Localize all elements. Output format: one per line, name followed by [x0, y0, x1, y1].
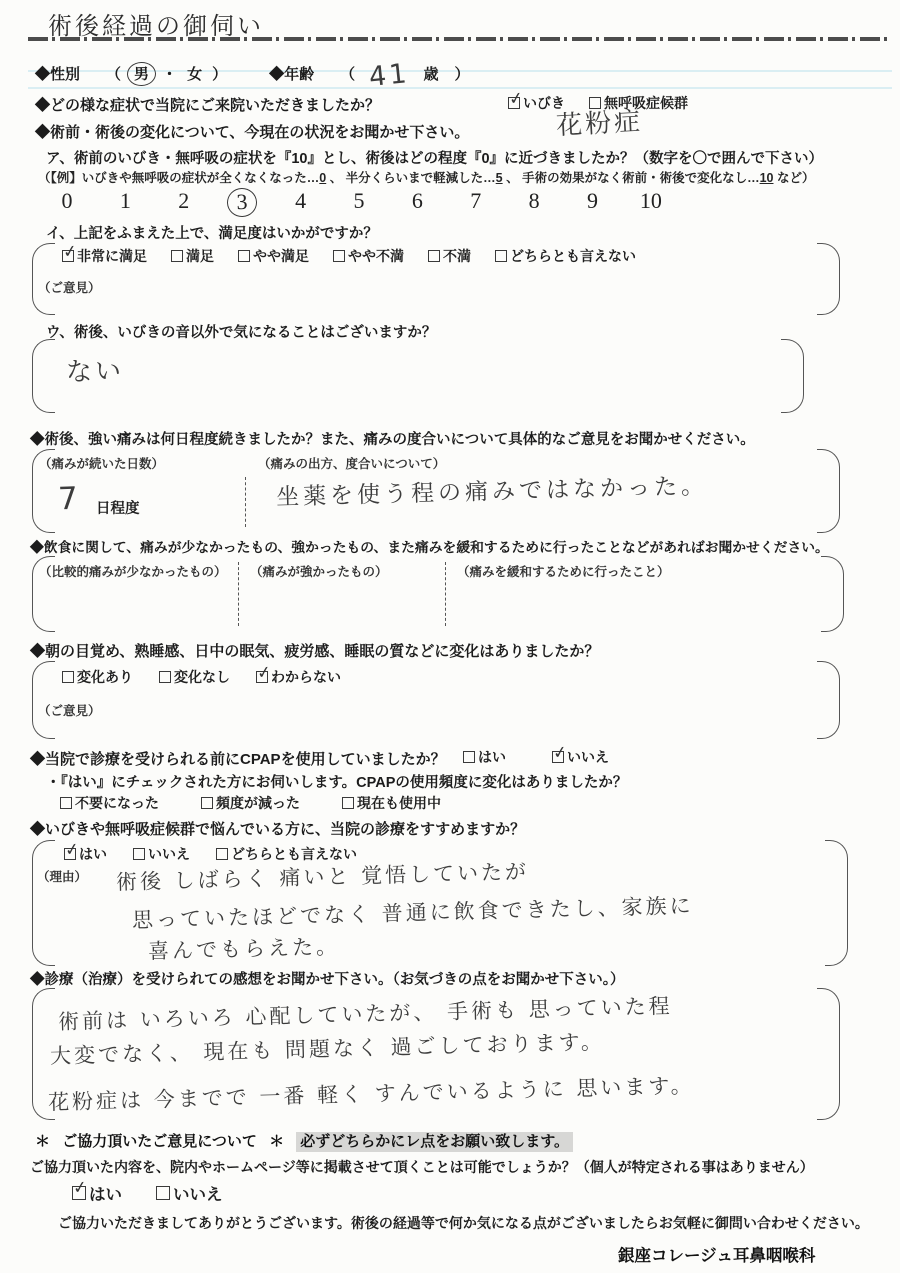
- eating-col-label: （比較的痛みが少なかったもの）: [39, 562, 227, 580]
- eating-question: ◆飲食に関して、痛みが少なかったもの、強かったもの、また痛みを緩和するために行っ…: [30, 536, 829, 556]
- checkbox-icon[interactable]: [171, 250, 183, 262]
- other-concerns-handwriting[interactable]: ない: [66, 350, 125, 389]
- cpap-followup-option[interactable]: 不要になった: [60, 793, 159, 813]
- scale-number[interactable]: 8: [519, 188, 549, 217]
- option-label: わからない: [271, 667, 341, 687]
- dashed-column-divider: [445, 562, 446, 626]
- sleep-question: ◆朝の目覚め、熟睡感、日中の眠気、疲労感、睡眠の質などに変化はありましたか？: [30, 640, 599, 661]
- sleep-option[interactable]: 変化あり: [62, 667, 133, 687]
- checkbox-icon[interactable]: [64, 848, 76, 860]
- checkbox-icon[interactable]: [495, 250, 507, 262]
- pain-days-handwriting[interactable]: 7: [57, 481, 81, 518]
- age-unit: 歳: [423, 63, 438, 84]
- other-concerns-box: ない: [32, 339, 804, 413]
- cpap-option-no[interactable]: いいえ: [552, 747, 609, 767]
- gender-male-option[interactable]: 男: [127, 61, 157, 86]
- scale-number[interactable]: 6: [402, 188, 432, 217]
- cpap-followup-option[interactable]: 現在も使用中: [342, 793, 441, 813]
- scale-number[interactable]: 9: [578, 188, 608, 217]
- pain-days-label: （痛みが続いた日数）: [39, 454, 164, 472]
- paren: ）: [212, 63, 227, 84]
- paren: ）: [455, 63, 470, 84]
- checkbox-icon[interactable]: [133, 848, 145, 860]
- option-label: 非常に満足: [77, 246, 147, 266]
- option-label: 変化なし: [174, 667, 230, 687]
- checkbox-icon[interactable]: [159, 671, 171, 683]
- checkbox-icon[interactable]: [60, 797, 72, 809]
- symptom-question: ◆どの様な症状で当院にご来院いただきましたか？: [35, 94, 380, 115]
- example-text: 、 手術の効果がなく術前・術後で変化なし…: [503, 171, 760, 185]
- example-text: 、 半分くらいまで軽減した…: [326, 171, 495, 185]
- consent-options: はい いいえ: [72, 1181, 223, 1205]
- impression-handwriting-line[interactable]: 花粉症は 今までで 一番 軽く すんでいるように 思います。: [48, 1070, 695, 1117]
- example-text: など）: [773, 171, 814, 185]
- recommend-option[interactable]: はい: [64, 844, 107, 864]
- scale-number[interactable]: 3: [227, 187, 258, 217]
- checkbox-icon[interactable]: [342, 797, 354, 809]
- scale-number[interactable]: 10: [636, 188, 666, 217]
- sleep-option[interactable]: 変化なし: [159, 667, 230, 687]
- satisfaction-box: 非常に満足 満足 やや満足 やや不満 不満 どちらとも言えない （ご意見）: [32, 243, 840, 315]
- checkbox-icon[interactable]: [256, 671, 268, 683]
- cpap-options: はい いいえ: [463, 747, 609, 767]
- checkbox-icon[interactable]: [238, 250, 250, 262]
- checkbox-icon[interactable]: [508, 97, 520, 109]
- comment-label: （ご意見）: [38, 701, 101, 719]
- sleep-option[interactable]: わからない: [256, 667, 341, 687]
- questionnaire-page: 術後経過の御伺い ◆性別 （ 男 ・ 女 ） ◆年齢 （ 41 歳 ） ◆どの様…: [0, 0, 900, 1273]
- consent-option-no[interactable]: いいえ: [156, 1181, 223, 1205]
- option-label: どちらとも言えない: [510, 246, 636, 266]
- consent-heading: ＊ ご協力頂いたご意見について ＊ 必ずどちらかにレ点をお願い致します。: [35, 1130, 573, 1151]
- pain-days-unit: 日程度: [96, 497, 140, 518]
- paren: （: [340, 63, 355, 84]
- option-label: いいえ: [173, 1181, 223, 1205]
- consent-option-yes[interactable]: はい: [72, 1181, 122, 1205]
- option-label: いいえ: [567, 747, 609, 767]
- recommend-box: はい いいえ どちらとも言えない （理由） 術後 しばらく 痛いと 覚悟していた…: [32, 840, 848, 966]
- thanks-text: ご協力いただきましてありがとうございます。術後の経過等で何か気になる点がございま…: [58, 1213, 869, 1233]
- satisfaction-option[interactable]: 不満: [428, 246, 471, 266]
- option-label: 現在も使用中: [357, 793, 441, 813]
- scale-number[interactable]: 2: [169, 188, 199, 217]
- pain-detail-label: （痛みの出方、度合いについて）: [258, 454, 445, 472]
- reason-handwriting-line[interactable]: 思っていたほどでなく 普通に飲食できたし、家族に: [132, 890, 694, 935]
- option-label: 満足: [186, 246, 214, 266]
- option-label: 変化あり: [77, 667, 133, 687]
- recommend-question: ◆いびきや無呼吸症候群で悩んでいる方に、当院の診療をすすめますか？: [30, 818, 525, 839]
- reason-label: （理由）: [37, 867, 87, 885]
- checkbox-icon[interactable]: [62, 250, 74, 262]
- paren: （: [106, 63, 121, 84]
- dashed-divider: [28, 37, 890, 41]
- option-label: やや満足: [253, 246, 309, 266]
- dot: ・: [162, 63, 177, 84]
- satisfaction-option[interactable]: 満足: [171, 246, 214, 266]
- cpap-question: ◆当院で診療を受けられる前にCPAPを使用していましたか？: [30, 748, 446, 769]
- gender-female-option[interactable]: 女: [187, 63, 202, 84]
- consent-heading-text: ご協力頂いたご意見について: [62, 1133, 257, 1150]
- satisfaction-option[interactable]: やや満足: [238, 246, 309, 266]
- option-label: いいえ: [148, 844, 190, 864]
- eating-col-label: （痛みを緩和するために行ったこと）: [457, 562, 670, 580]
- checkbox-icon[interactable]: [333, 250, 345, 262]
- checkbox-icon[interactable]: [216, 848, 228, 860]
- option-label: 頻度が減った: [216, 793, 300, 813]
- consent-heading-highlight: 必ずどちらかにレ点をお願い致します。: [296, 1132, 573, 1152]
- pain-box: （痛みが続いた日数） （痛みの出方、度合いについて） 7 日程度 坐薬を使う程の…: [32, 449, 840, 533]
- option-label: 不満: [443, 246, 471, 266]
- star: ＊: [269, 1133, 284, 1150]
- satisfaction-option[interactable]: どちらとも言えない: [495, 246, 636, 266]
- consent-question: ご協力頂いた内容を、院内やホームページ等に掲載させて頂くことは可能でしょうか？（…: [30, 1157, 814, 1177]
- pain-detail-handwriting[interactable]: 坐薬を使う程の痛みではなかった。: [276, 467, 709, 511]
- cpap-option-yes[interactable]: はい: [463, 747, 506, 767]
- scale-number[interactable]: 7: [461, 188, 491, 217]
- profile-row: ◆性別 （ 男 ・ 女 ） ◆年齢 （ 41 歳 ）: [35, 58, 470, 89]
- eating-box: （比較的痛みが少なかったもの） （痛みが強かったもの） （痛みを緩和するために行…: [32, 556, 844, 632]
- satisfaction-question: イ、上記をふまえた上で、満足度はいかがですか？: [46, 222, 378, 243]
- option-label: はい: [79, 844, 107, 864]
- star: ＊: [35, 1133, 50, 1150]
- scale-number-row: 0 1 2 3 4 5 6 7 8 9 10: [52, 188, 666, 217]
- eating-col-label: （痛みが強かったもの）: [250, 562, 388, 580]
- cpap-followup-question: ・『はい』にチェックされた方にお伺いします。CPAPの使用頻度に変化はありました…: [46, 771, 627, 792]
- reason-handwriting-line[interactable]: 喜んでもらえた。: [148, 930, 341, 965]
- page-title: 術後経過の御伺い: [48, 6, 264, 41]
- impression-question: ◆診療（治療）を受けられての感想をお聞かせ下さい。（お気づきの点をお聞かせ下さい…: [30, 968, 625, 989]
- option-label: やや不満: [348, 246, 404, 266]
- example-num: 10: [760, 171, 774, 185]
- example-text: （【例】いびきや無呼吸の症状が全くなくなった…: [38, 171, 319, 185]
- clinic-name: 銀座コレージュ耳鼻咽喉科: [618, 1242, 815, 1266]
- checkbox-icon[interactable]: [201, 797, 213, 809]
- scale-question: ア、術前のいびき・無呼吸の症状を『10』とし、術後はどの程度『0』に近づきました…: [46, 147, 823, 168]
- scale-number[interactable]: 4: [286, 188, 316, 217]
- impression-box: 術前は いろいろ 心配していたが、 手術も 思っていた程 大変でなく、 現在も …: [32, 988, 840, 1120]
- checkbox-icon[interactable]: [62, 671, 74, 683]
- cpap-followup-options: 不要になった 頻度が減った 現在も使用中: [60, 793, 441, 813]
- change-heading: ◆術前・術後の変化について、今現在の状況をお聞かせ下さい。: [35, 121, 469, 142]
- satisfaction-option[interactable]: 非常に満足: [62, 246, 147, 266]
- option-label: 不要になった: [75, 793, 159, 813]
- scale-number[interactable]: 5: [344, 188, 374, 217]
- scale-example: （【例】いびきや無呼吸の症状が全くなくなった…0 、 半分くらいまで軽減した…5…: [38, 168, 814, 186]
- pain-question: ◆術後、強い痛みは何日程度続きましたか？また、痛みの度合いについて具体的なご意見…: [30, 428, 755, 449]
- gender-label: ◆性別: [35, 63, 80, 84]
- cpap-followup-option[interactable]: 頻度が減った: [201, 793, 300, 813]
- checkbox-icon[interactable]: [72, 1186, 86, 1200]
- example-num: 5: [496, 171, 503, 185]
- satisfaction-options: 非常に満足 満足 やや満足 やや不満 不満 どちらとも言えない: [62, 246, 636, 266]
- satisfaction-option[interactable]: やや不満: [333, 246, 404, 266]
- age-label: ◆年齢: [269, 63, 314, 84]
- sleep-options: 変化あり 変化なし わからない: [62, 667, 341, 687]
- dashed-column-divider: [238, 562, 239, 626]
- symptom-handwriting[interactable]: 花粉症: [555, 101, 644, 143]
- scale-number[interactable]: 1: [110, 188, 140, 217]
- checkbox-icon[interactable]: [428, 250, 440, 262]
- comment-label: （ご意見）: [38, 278, 101, 296]
- sleep-box: 変化あり 変化なし わからない （ご意見）: [32, 661, 840, 739]
- checkbox-icon[interactable]: [552, 751, 564, 763]
- age-value-handwriting[interactable]: 41: [368, 58, 411, 93]
- scale-number[interactable]: 0: [52, 188, 82, 217]
- option-label: はい: [478, 747, 506, 767]
- dashed-column-divider: [245, 477, 246, 527]
- option-label: はい: [89, 1181, 122, 1205]
- checkbox-icon[interactable]: [156, 1186, 170, 1200]
- checkbox-icon[interactable]: [463, 751, 475, 763]
- recommend-option[interactable]: いいえ: [133, 844, 190, 864]
